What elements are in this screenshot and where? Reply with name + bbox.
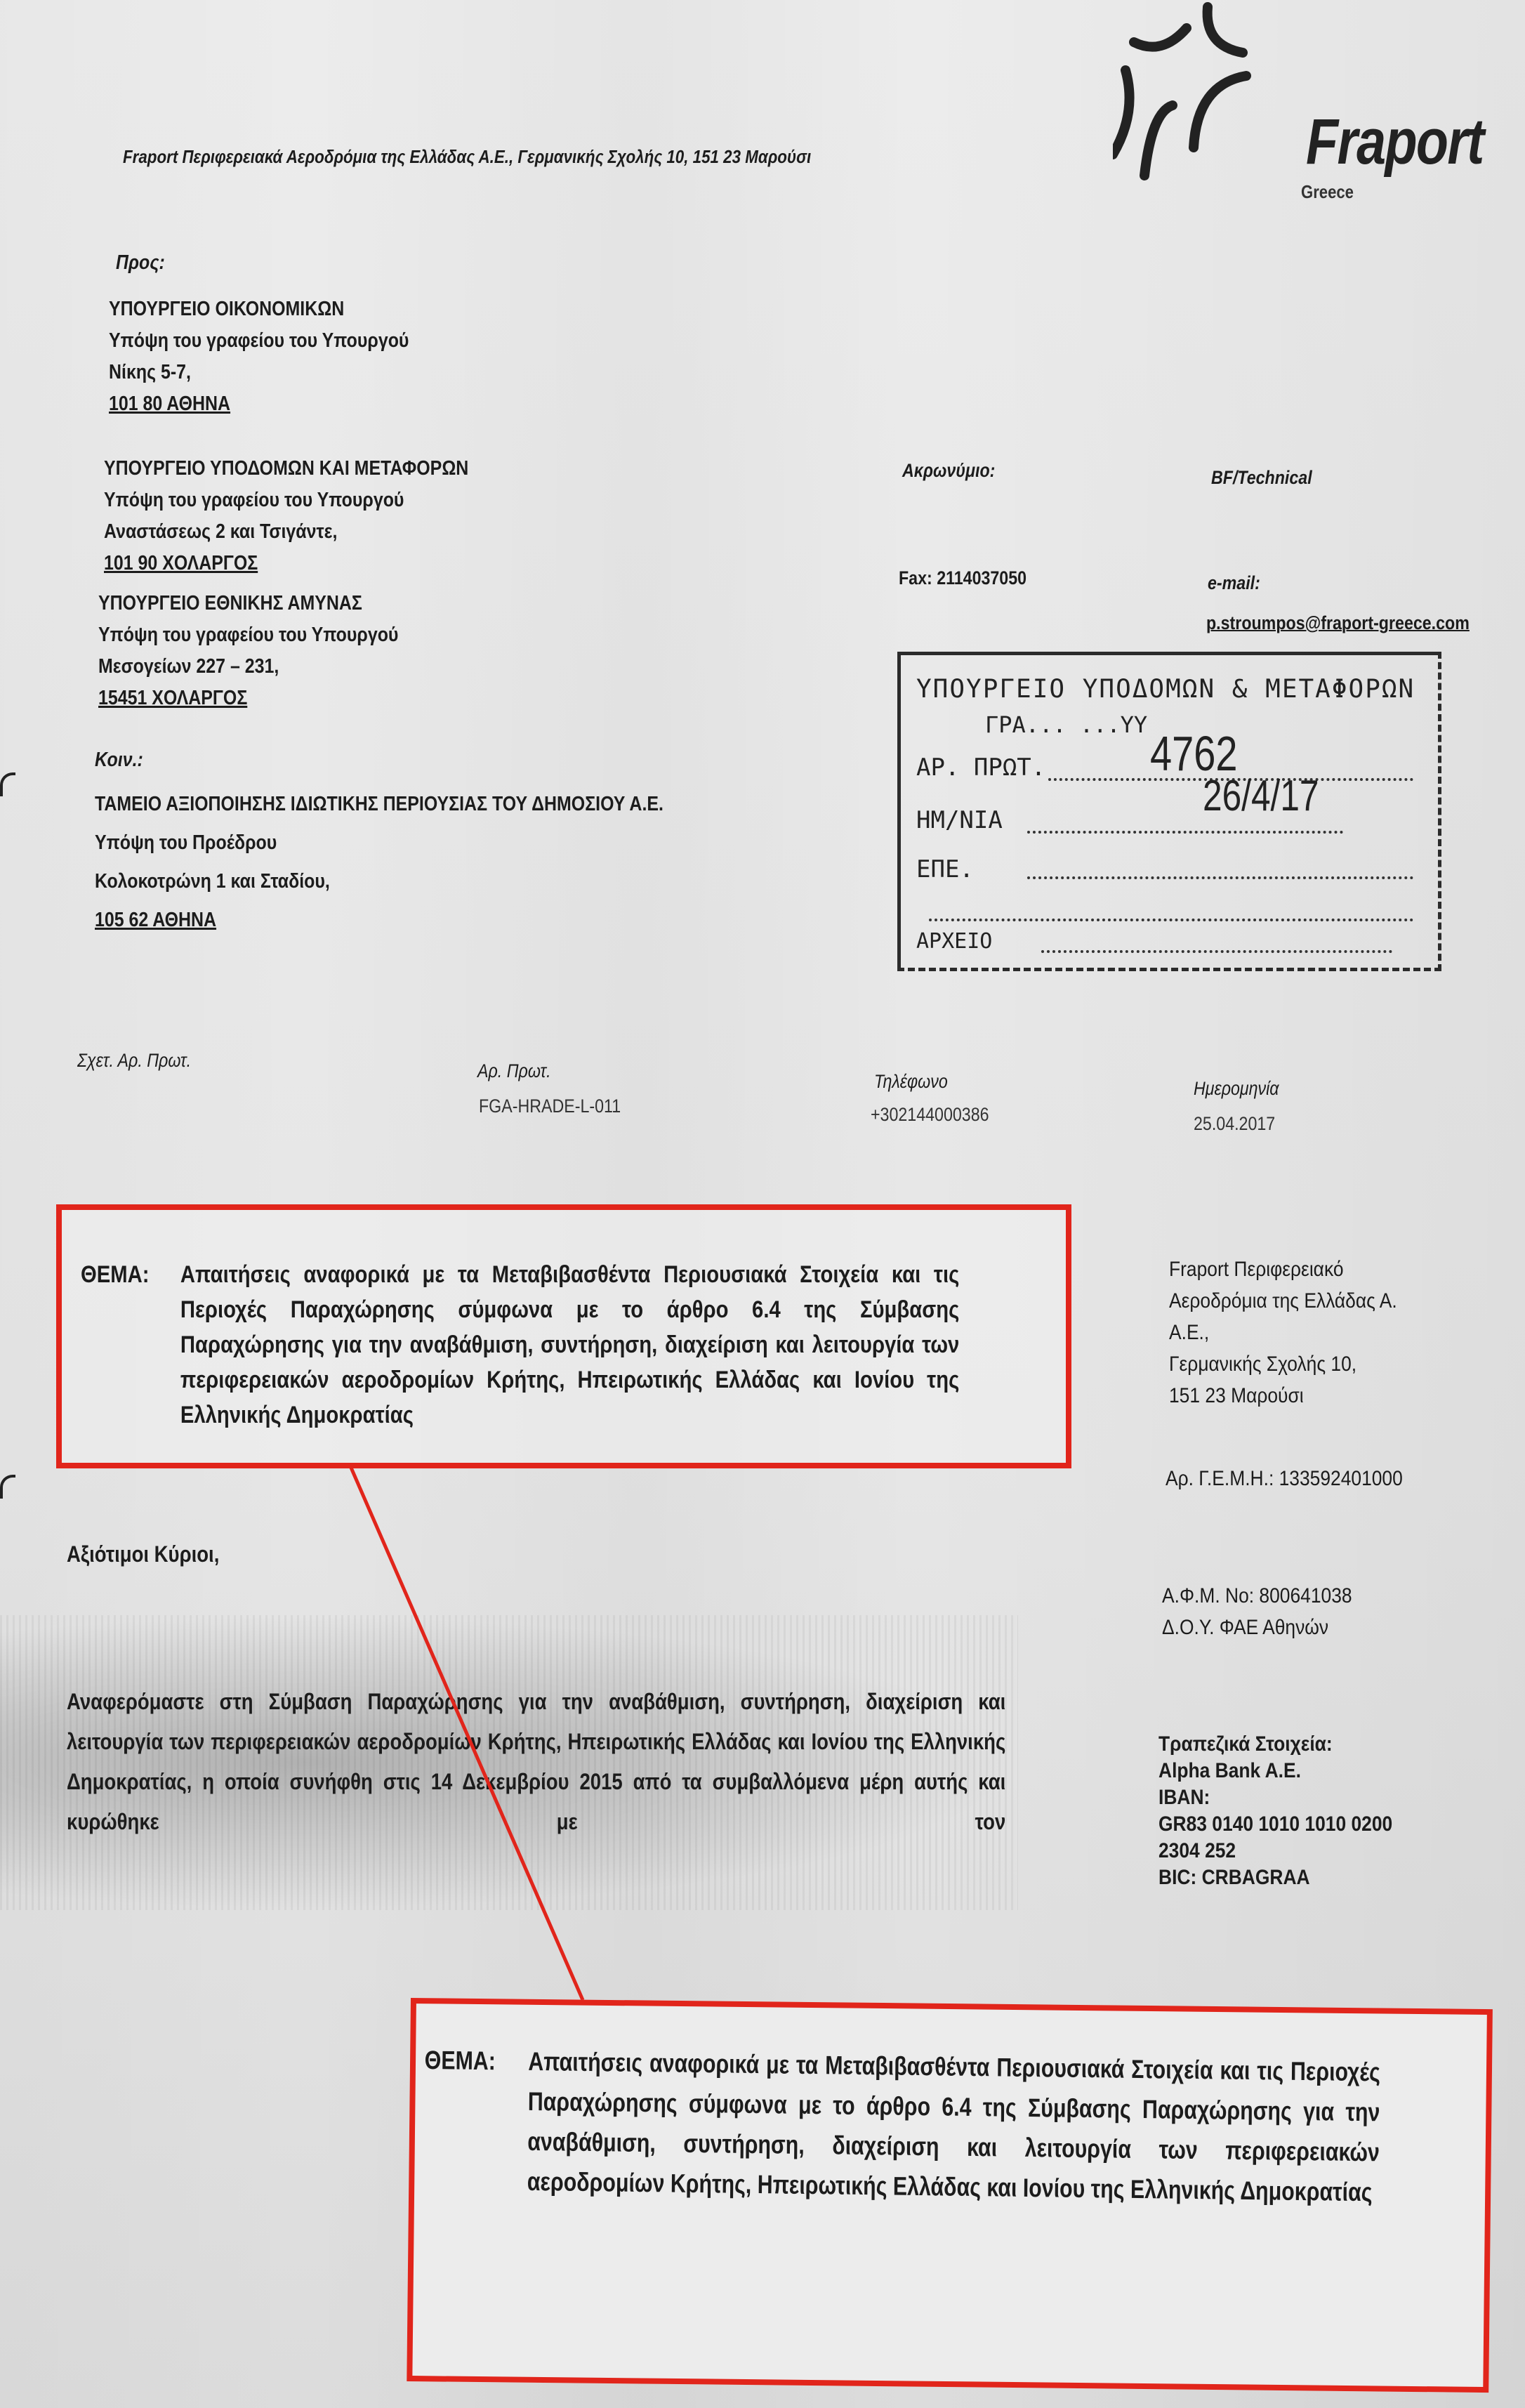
acronym-label: Ακρωνύμιο:	[902, 460, 995, 482]
gemh-number: Αρ. Γ.Ε.Μ.Η.: 133592401000	[1166, 1463, 1403, 1494]
fax-number: Fax: 2114037050	[899, 567, 1026, 589]
recipient-name: ΥΠΟΥΡΓΕΙΟ ΟΙΚΟΝΟΜΙΚΩΝ	[109, 294, 409, 325]
tax-office: Δ.Ο.Υ. ΦΑΕ Αθηνών	[1162, 1612, 1352, 1643]
stamp-label: ΑΡΧΕΙΟ	[916, 929, 992, 954]
stamp-label: ΑΡ. ΠΡΩΤ.	[916, 754, 1045, 782]
bank-line: Τραπεζικά Στοιχεία:	[1158, 1731, 1392, 1758]
subject-text: Απαιτήσεις αναφορικά με τα Μεταβιβασθέντ…	[180, 1257, 959, 1433]
company-address-line: 151 23 Μαρούσι	[1169, 1380, 1397, 1412]
recipient-street: Νίκης 5-7,	[109, 357, 409, 388]
recipient-block: ΥΠΟΥΡΓΕΙΟ ΥΠΟΔΟΜΩΝ ΚΑΙ ΜΕΤΑΦΟΡΩΝ Υπόψη τ…	[104, 453, 468, 579]
cc-name: ΤΑΜΕΙΟ ΑΞΙΟΠΟΙΗΣΗΣ ΙΔΙΩΤΙΚΗΣ ΠΕΡΙΟΥΣΙΑΣ …	[95, 789, 664, 820]
bank-line: BIC: CRBAGRAA	[1158, 1864, 1392, 1891]
stamp-label: ΗΜ/ΝΙΑ	[916, 806, 1003, 834]
recipient-attn: Υπόψη του γραφείου του Υπουργού	[98, 619, 398, 651]
bank-details: Τραπεζικά Στοιχεία: Alpha Bank A.E. IBAN…	[1158, 1731, 1392, 1891]
to-label: Προς:	[116, 247, 165, 279]
afm-number: Α.Φ.Μ. No: 800641038	[1162, 1580, 1352, 1612]
date-label: Ημερομηνία	[1194, 1078, 1279, 1100]
stamp-date: 26/4/17	[1203, 771, 1319, 821]
company-address-line: Γερμανικής Σχολής 10,	[1169, 1348, 1397, 1380]
recipient-attn: Υπόψη του γραφείου του Υπουργού	[104, 485, 468, 516]
logo-subtitle: Greece	[1301, 181, 1354, 203]
subject-label: ΘΕΜΑ:	[81, 1257, 149, 1292]
date-value: 25.04.2017	[1194, 1113, 1275, 1135]
phone-value: +302144000386	[871, 1104, 989, 1126]
sender-address-line: Fraport Περιφερειακά Αεροδρόμια της Ελλά…	[123, 146, 811, 168]
subject-callout-label: ΘΕΜΑ:	[425, 2040, 496, 2081]
stamp-label: ΕΠΕ.	[916, 855, 974, 883]
recipient-block: ΥΠΟΥΡΓΕΙΟ ΕΘΝΙΚΗΣ ΑΜΥΝΑΣ Υπόψη του γραφε…	[98, 588, 398, 714]
phone-label: Τηλέφωνο	[874, 1071, 948, 1093]
acronym-value: BF/Technical	[1211, 467, 1312, 489]
email-link[interactable]: p.stroumpos@fraport-greece.com	[1206, 612, 1470, 634]
subject-callout-text: Απαιτήσεις αναφορικά με τα Μεταβιβασθέντ…	[527, 2041, 1380, 2212]
recipient-city: 101 80 ΑΘΗΝΑ	[109, 388, 409, 420]
cc-street: Κολοκοτρώνη 1 και Σταδίου,	[95, 866, 664, 897]
our-ref-value: FGA-HRADE-L-011	[479, 1096, 621, 1117]
tax-info: Α.Φ.Μ. No: 800641038 Δ.Ο.Υ. ΦΑΕ Αθηνών	[1162, 1580, 1352, 1643]
cc-attn: Υπόψη του Προέδρου	[95, 827, 664, 859]
company-address-line: Αεροδρόμια της Ελλάδας Α.	[1169, 1285, 1397, 1317]
stamp-dotted-line	[1027, 876, 1413, 879]
stamp-dotted-line	[1041, 950, 1392, 953]
star-burst-icon	[1113, 0, 1302, 211]
recipient-name: ΥΠΟΥΡΓΕΙΟ ΕΘΝΙΚΗΣ ΑΜΥΝΑΣ	[98, 588, 398, 619]
ministry-registration-stamp: ΥΠΟΥΡΓΕΙΟ ΥΠΟΔΟΜΩΝ & ΜΕΤΑΦΟΡΩΝ ΓΡΑ... ..…	[897, 652, 1441, 971]
logo-wordmark: Fraport	[1306, 105, 1484, 179]
cc-label: Κοιν.:	[95, 744, 664, 776]
recipient-name: ΥΠΟΥΡΓΕΙΟ ΥΠΟΔΟΜΩΝ ΚΑΙ ΜΕΤΑΦΟΡΩΝ	[104, 453, 468, 485]
recipient-city: 101 90 ΧΟΛΑΡΓΟΣ	[104, 548, 468, 579]
recipient-street: Αναστάσεως 2 και Τσιγάντε,	[104, 516, 468, 548]
stamp-ministry: ΥΠΟΥΡΓΕΙΟ ΥΠΟΔΟΜΩΝ & ΜΕΤΑΦΟΡΩΝ	[916, 675, 1415, 704]
stamp-dotted-line	[1027, 831, 1343, 834]
recipient-block: ΥΠΟΥΡΓΕΙΟ ΟΙΚΟΝΟΜΙΚΩΝ Υπόψη του γραφείου…	[109, 294, 409, 420]
bank-line: 2304 252	[1158, 1838, 1392, 1864]
bank-line: GR83 0140 1010 1010 0200	[1158, 1811, 1392, 1838]
our-ref-label: Αρ. Πρωτ.	[477, 1060, 551, 1082]
recipient-street: Μεσογείων 227 – 231,	[98, 651, 398, 683]
salutation: Αξιότιμοι Κύριοι,	[67, 1541, 219, 1567]
company-address-line: Α.Ε.,	[1169, 1317, 1397, 1348]
cc-block: Κοιν.: ΤΑΜΕΙΟ ΑΞΙΟΠΟΙΗΣΗΣ ΙΔΙΩΤΙΚΗΣ ΠΕΡΙ…	[95, 744, 664, 936]
stamp-office: ΓΡΑ... ...ΥΥ	[985, 711, 1147, 738]
cc-city: 105 62 ΑΘΗΝΑ	[95, 904, 664, 936]
recipient-city: 15451 ΧΟΛΑΡΓΟΣ	[98, 683, 398, 714]
subject: ΘΕΜΑ: Απαιτήσεις αναφορικά με τα Μεταβιβ…	[81, 1257, 1083, 1440]
stamp-dotted-line	[929, 919, 1413, 921]
your-ref-label: Σχετ. Αρ. Πρωτ.	[77, 1050, 191, 1072]
bank-line: Alpha Bank A.E.	[1158, 1758, 1392, 1784]
recipient-attn: Υπόψη του γραφείου του Υπουργού	[109, 325, 409, 357]
company-address-line: Fraport Περιφερειακό	[1169, 1254, 1397, 1285]
email-label: e-mail:	[1208, 572, 1260, 594]
bank-line: IBAN:	[1158, 1784, 1392, 1811]
fraport-logo: Fraport Greece	[1113, 0, 1520, 211]
company-address: Fraport Περιφερειακό Αεροδρόμια της Ελλά…	[1169, 1254, 1397, 1412]
body-paragraph: Αναφερόμαστε στη Σύμβαση Παραχώρησης για…	[67, 1682, 1005, 1842]
